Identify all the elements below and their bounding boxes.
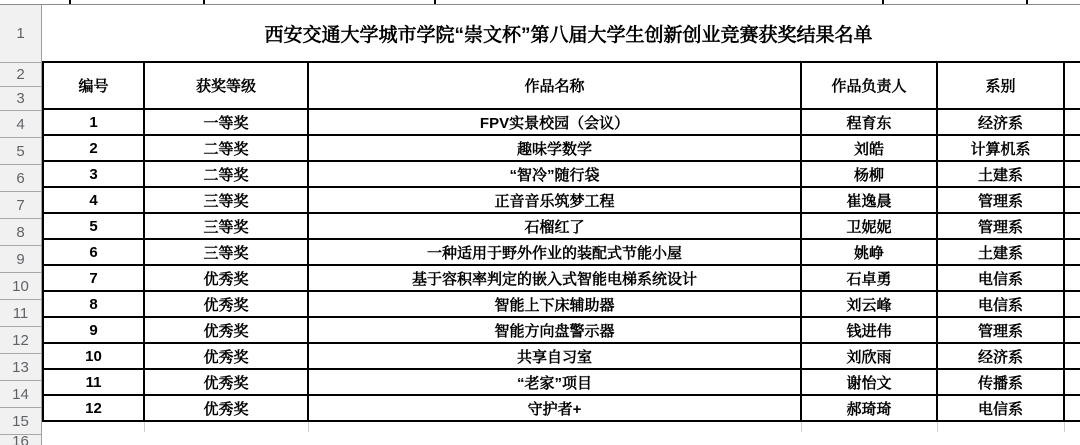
cell-dept[interactable]: 电信系 <box>937 291 1064 317</box>
empty-row <box>43 421 1080 432</box>
cell-dept[interactable]: 经济系 <box>937 109 1064 135</box>
cell-empty[interactable] <box>1064 265 1080 291</box>
cell-no[interactable]: 6 <box>43 239 144 265</box>
grid-tick <box>69 0 71 4</box>
cell-empty[interactable] <box>144 421 308 432</box>
cell-dept[interactable]: 管理系 <box>937 187 1064 213</box>
cell-work[interactable]: 趣味学数学 <box>308 135 801 161</box>
col-header-leader[interactable]: 作品负责人 <box>801 62 937 109</box>
cell-empty[interactable] <box>1064 187 1080 213</box>
cell-work[interactable]: 智能上下床辅助器 <box>308 291 801 317</box>
table-row: 11 优秀奖 “老家”项目 谢怡文 传播系 <box>43 369 1080 395</box>
row-number[interactable]: 14 <box>0 381 41 408</box>
cell-empty[interactable] <box>1064 135 1080 161</box>
cell-dept[interactable]: 经济系 <box>937 343 1064 369</box>
table-row: 2 二等奖 趣味学数学 刘皓 计算机系 <box>43 135 1080 161</box>
cell-dept[interactable]: 电信系 <box>937 265 1064 291</box>
row-number[interactable]: 15 <box>0 408 41 435</box>
row-number[interactable]: 3 <box>0 87 41 111</box>
header-row: 编号 获奖等级 作品名称 作品负责人 系别 <box>43 62 1080 109</box>
awards-table: 西安交通大学城市学院“崇文杯”第八届大学生创新创业竞赛获奖结果名单 编号 获奖等… <box>42 5 1080 432</box>
row-number[interactable]: 2 <box>0 63 41 87</box>
cell-no[interactable]: 11 <box>43 369 144 395</box>
cell-award[interactable]: 优秀奖 <box>144 369 308 395</box>
title-row: 西安交通大学城市学院“崇文杯”第八届大学生创新创业竞赛获奖结果名单 <box>43 5 1080 62</box>
cell-dept[interactable]: 计算机系 <box>937 135 1064 161</box>
cell-leader[interactable]: 郝琦琦 <box>801 395 937 421</box>
cell-empty[interactable] <box>1064 109 1080 135</box>
cell-leader[interactable]: 刘云峰 <box>801 291 937 317</box>
cell-leader[interactable]: 卫妮妮 <box>801 213 937 239</box>
cell-leader[interactable]: 杨柳 <box>801 161 937 187</box>
cell-award[interactable]: 优秀奖 <box>144 317 308 343</box>
cell-no[interactable]: 10 <box>43 343 144 369</box>
cell-no[interactable]: 9 <box>43 317 144 343</box>
table-row: 9 优秀奖 智能方向盘警示器 钱进伟 管理系 <box>43 317 1080 343</box>
cell-empty[interactable] <box>1064 239 1080 265</box>
row-number[interactable]: 4 <box>0 111 41 138</box>
cell-empty[interactable] <box>308 421 801 432</box>
cell-award[interactable]: 二等奖 <box>144 161 308 187</box>
row-number[interactable]: 5 <box>0 138 41 165</box>
cell-no[interactable]: 3 <box>43 161 144 187</box>
row-number[interactable]: 12 <box>0 327 41 354</box>
table-row: 12 优秀奖 守护者+ 郝琦琦 电信系 <box>43 395 1080 421</box>
grid-tick <box>434 0 436 4</box>
cell-award[interactable]: 三等奖 <box>144 187 308 213</box>
cell-award[interactable]: 三等奖 <box>144 239 308 265</box>
cell-no[interactable]: 1 <box>43 109 144 135</box>
cell-work[interactable]: “老家”项目 <box>308 369 801 395</box>
cell-empty[interactable] <box>1064 213 1080 239</box>
cell-leader[interactable]: 姚峥 <box>801 239 937 265</box>
cell-empty[interactable] <box>1064 317 1080 343</box>
col-header-dept[interactable]: 系别 <box>937 62 1064 109</box>
cell-empty[interactable] <box>1064 343 1080 369</box>
cell-work[interactable]: 石榴红了 <box>308 213 801 239</box>
row-number-gutter: 1 2 3 4 5 6 7 8 9 10 11 12 13 14 15 16 <box>0 5 42 445</box>
cell-award[interactable]: 三等奖 <box>144 213 308 239</box>
cell-work[interactable]: “智冷”随行袋 <box>308 161 801 187</box>
cell-empty[interactable] <box>1064 369 1080 395</box>
cell-award[interactable]: 优秀奖 <box>144 395 308 421</box>
table-row: 10 优秀奖 共享自习室 刘欣雨 经济系 <box>43 343 1080 369</box>
col-header-award[interactable]: 获奖等级 <box>144 62 308 109</box>
cell-empty[interactable] <box>1064 421 1080 432</box>
row-number[interactable]: 11 <box>0 300 41 327</box>
col-header-work[interactable]: 作品名称 <box>308 62 801 109</box>
cell-no[interactable]: 5 <box>43 213 144 239</box>
row-number[interactable]: 13 <box>0 354 41 381</box>
cell-dept[interactable]: 电信系 <box>937 395 1064 421</box>
table-row: 7 优秀奖 基于容积率判定的嵌入式智能电梯系统设计 石卓勇 电信系 <box>43 265 1080 291</box>
cell-work[interactable]: 基于容积率判定的嵌入式智能电梯系统设计 <box>308 265 801 291</box>
cell-award[interactable]: 优秀奖 <box>144 265 308 291</box>
grid-tick <box>882 0 884 4</box>
cell-leader[interactable]: 钱进伟 <box>801 317 937 343</box>
grid-tick <box>203 0 205 4</box>
cell-award[interactable]: 一等奖 <box>144 109 308 135</box>
cell-work[interactable]: 共享自习室 <box>308 343 801 369</box>
cell-award[interactable]: 二等奖 <box>144 135 308 161</box>
cell-no[interactable]: 8 <box>43 291 144 317</box>
cell-leader[interactable]: 石卓勇 <box>801 265 937 291</box>
cell-dept[interactable]: 传播系 <box>937 369 1064 395</box>
cell-leader[interactable]: 崔逸晨 <box>801 187 937 213</box>
row-number[interactable]: 7 <box>0 192 41 219</box>
cell-dept[interactable]: 管理系 <box>937 213 1064 239</box>
table-row: 4 三等奖 正音音乐筑梦工程 崔逸晨 管理系 <box>43 187 1080 213</box>
grid-tick <box>1026 0 1028 4</box>
cell-empty[interactable] <box>801 421 937 432</box>
cell-no[interactable]: 2 <box>43 135 144 161</box>
cell-leader[interactable]: 程育东 <box>801 109 937 135</box>
cell-empty[interactable] <box>937 421 1064 432</box>
row-number[interactable]: 9 <box>0 246 41 273</box>
col-header-cutoff[interactable] <box>1064 62 1080 109</box>
row-number[interactable]: 16 <box>0 435 41 445</box>
table-row: 3 二等奖 “智冷”随行袋 杨柳 土建系 <box>43 161 1080 187</box>
cell-dept[interactable]: 管理系 <box>937 317 1064 343</box>
cell-work[interactable]: 智能方向盘警示器 <box>308 317 801 343</box>
cell-empty[interactable] <box>1064 291 1080 317</box>
spreadsheet: 1 2 3 4 5 6 7 8 9 10 11 12 13 14 15 16 西… <box>0 0 1080 445</box>
table-row: 1 一等奖 FPV实景校园（会议） 程育东 经济系 <box>43 109 1080 135</box>
cell-leader[interactable]: 谢怡文 <box>801 369 937 395</box>
cell-award[interactable]: 优秀奖 <box>144 291 308 317</box>
row-number[interactable]: 10 <box>0 273 41 300</box>
cell-empty[interactable] <box>1064 395 1080 421</box>
row-number[interactable]: 8 <box>0 219 41 246</box>
cell-work[interactable]: 守护者+ <box>308 395 801 421</box>
row-number[interactable]: 6 <box>0 165 41 192</box>
col-header-no[interactable]: 编号 <box>43 62 144 109</box>
cell-leader[interactable]: 刘皓 <box>801 135 937 161</box>
cell-work[interactable]: 一种适用于野外作业的装配式节能小屋 <box>308 239 801 265</box>
cell-dept[interactable]: 土建系 <box>937 161 1064 187</box>
cell-empty[interactable] <box>43 421 144 432</box>
cell-leader[interactable]: 刘欣雨 <box>801 343 937 369</box>
cell-dept[interactable]: 土建系 <box>937 239 1064 265</box>
cell-no[interactable]: 4 <box>43 187 144 213</box>
cell-work[interactable]: FPV实景校园（会议） <box>308 109 801 135</box>
sheet-title[interactable]: 西安交通大学城市学院“崇文杯”第八届大学生创新创业竞赛获奖结果名单 <box>43 5 1080 62</box>
cell-no[interactable]: 7 <box>43 265 144 291</box>
cell-award[interactable]: 优秀奖 <box>144 343 308 369</box>
cell-work[interactable]: 正音音乐筑梦工程 <box>308 187 801 213</box>
cell-no[interactable]: 12 <box>43 395 144 421</box>
table-row: 6 三等奖 一种适用于野外作业的装配式节能小屋 姚峥 土建系 <box>43 239 1080 265</box>
table-row: 5 三等奖 石榴红了 卫妮妮 管理系 <box>43 213 1080 239</box>
row-number[interactable]: 1 <box>0 5 41 63</box>
cell-empty[interactable] <box>1064 161 1080 187</box>
table-row: 8 优秀奖 智能上下床辅助器 刘云峰 电信系 <box>43 291 1080 317</box>
